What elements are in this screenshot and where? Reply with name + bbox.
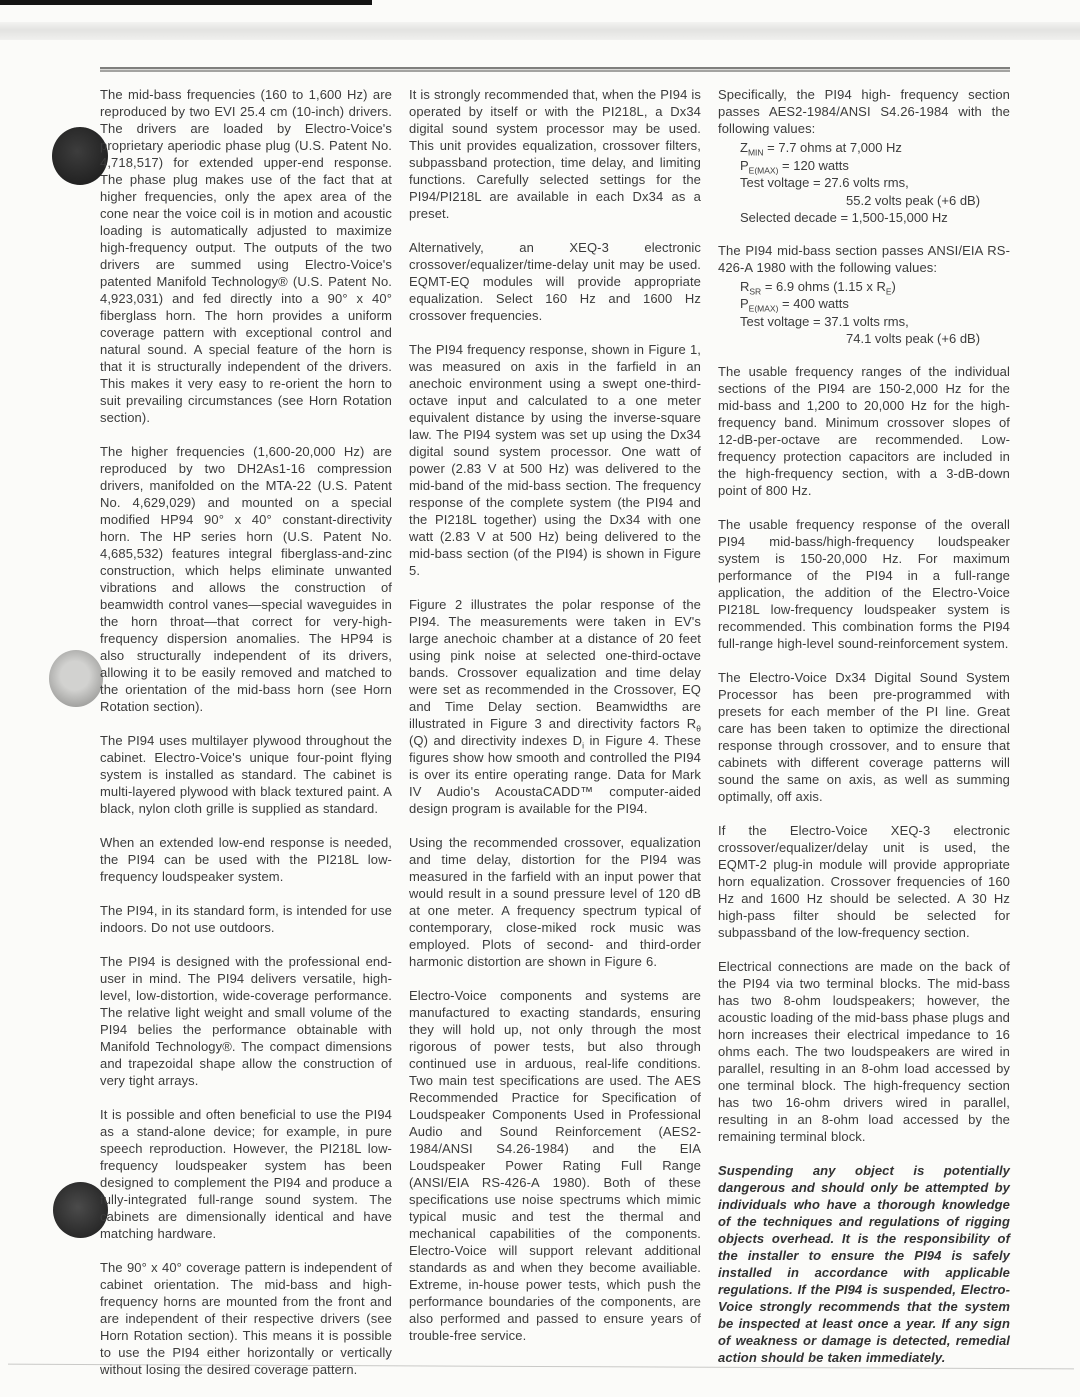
paragraph: Using the recommended crossover, equaliz…: [409, 834, 701, 970]
paragraph: The usable frequency response of the ove…: [718, 516, 1010, 652]
column-center: It is strongly recommended that, when th…: [409, 86, 701, 1395]
spec-line: ZMIN = 7.7 ohms at 7,000 Hz: [718, 139, 1010, 157]
spec-list: RSR = 6.9 ohms (1.15 x RE)PE(MAX) = 400 …: [718, 278, 1010, 348]
paragraph: Figure 2 illustrates the polar response …: [409, 596, 701, 817]
scan-artifact-strip: [0, 0, 372, 5]
spec-line: RSR = 6.9 ohms (1.15 x RE): [718, 278, 1010, 296]
horizontal-rule: [100, 67, 1010, 72]
spec-line: 55.2 volts peak (+6 dB): [718, 192, 1010, 210]
paragraph: It is possible and often beneficial to u…: [100, 1106, 392, 1242]
paragraph: It is strongly recommended that, when th…: [409, 86, 701, 222]
spec-line: Test voltage = 27.6 volts rms,: [718, 174, 1010, 192]
spec-line: PE(MAX) = 400 watts: [718, 295, 1010, 313]
scanned-datasheet-page: The mid-bass frequencies (160 to 1,600 H…: [0, 0, 1080, 1397]
column-left: The mid-bass frequencies (160 to 1,600 H…: [100, 86, 392, 1395]
warning-paragraph: Suspending any object is potentially dan…: [718, 1162, 1010, 1366]
spec-line: Test voltage = 37.1 volts rms,: [718, 313, 1010, 331]
paragraph: The PI94 mid-bass section passes ANSI/EI…: [718, 242, 1010, 276]
paragraph: Alternatively, an XEQ-3 electronic cross…: [409, 239, 701, 324]
paragraph: Electro-Voice components and systems are…: [409, 987, 701, 1344]
paragraph: Specifically, the PI94 high- frequency s…: [718, 86, 1010, 137]
spec-line: 74.1 volts peak (+6 dB): [718, 330, 1010, 348]
paragraph: The usable frequency ranges of the indiv…: [718, 363, 1010, 499]
paragraph: Electrical connections are made on the b…: [718, 958, 1010, 1145]
spec-list: ZMIN = 7.7 ohms at 7,000 HzPE(MAX) = 120…: [718, 139, 1010, 227]
paragraph: The higher frequencies (1,600-20,000 Hz)…: [100, 443, 392, 715]
paragraph: The PI94 is designed with the profession…: [100, 953, 392, 1089]
text-columns: The mid-bass frequencies (160 to 1,600 H…: [100, 86, 1010, 1395]
paragraph: The mid-bass frequencies (160 to 1,600 H…: [100, 86, 392, 426]
paragraph: The PI94 uses multilayer plywood through…: [100, 732, 392, 817]
spec-line: PE(MAX) = 120 watts: [718, 157, 1010, 175]
punch-hole-mark: [49, 650, 103, 707]
paragraph: The 90° x 40° coverage pattern is indepe…: [100, 1259, 392, 1378]
paragraph: If the Electro-Voice XEQ-3 electronic cr…: [718, 822, 1010, 941]
spec-line: Selected decade = 1,500-15,000 Hz: [718, 209, 1010, 227]
column-right: Specifically, the PI94 high- frequency s…: [718, 86, 1010, 1395]
scan-artifact-band: [0, 22, 1080, 40]
paragraph: The Electro-Voice Dx34 Digital Sound Sys…: [718, 669, 1010, 805]
paragraph: When an extended low-end response is nee…: [100, 834, 392, 885]
paragraph: The PI94, in its standard form, is inten…: [100, 902, 392, 936]
paragraph: The PI94 frequency response, shown in Fi…: [409, 341, 701, 579]
